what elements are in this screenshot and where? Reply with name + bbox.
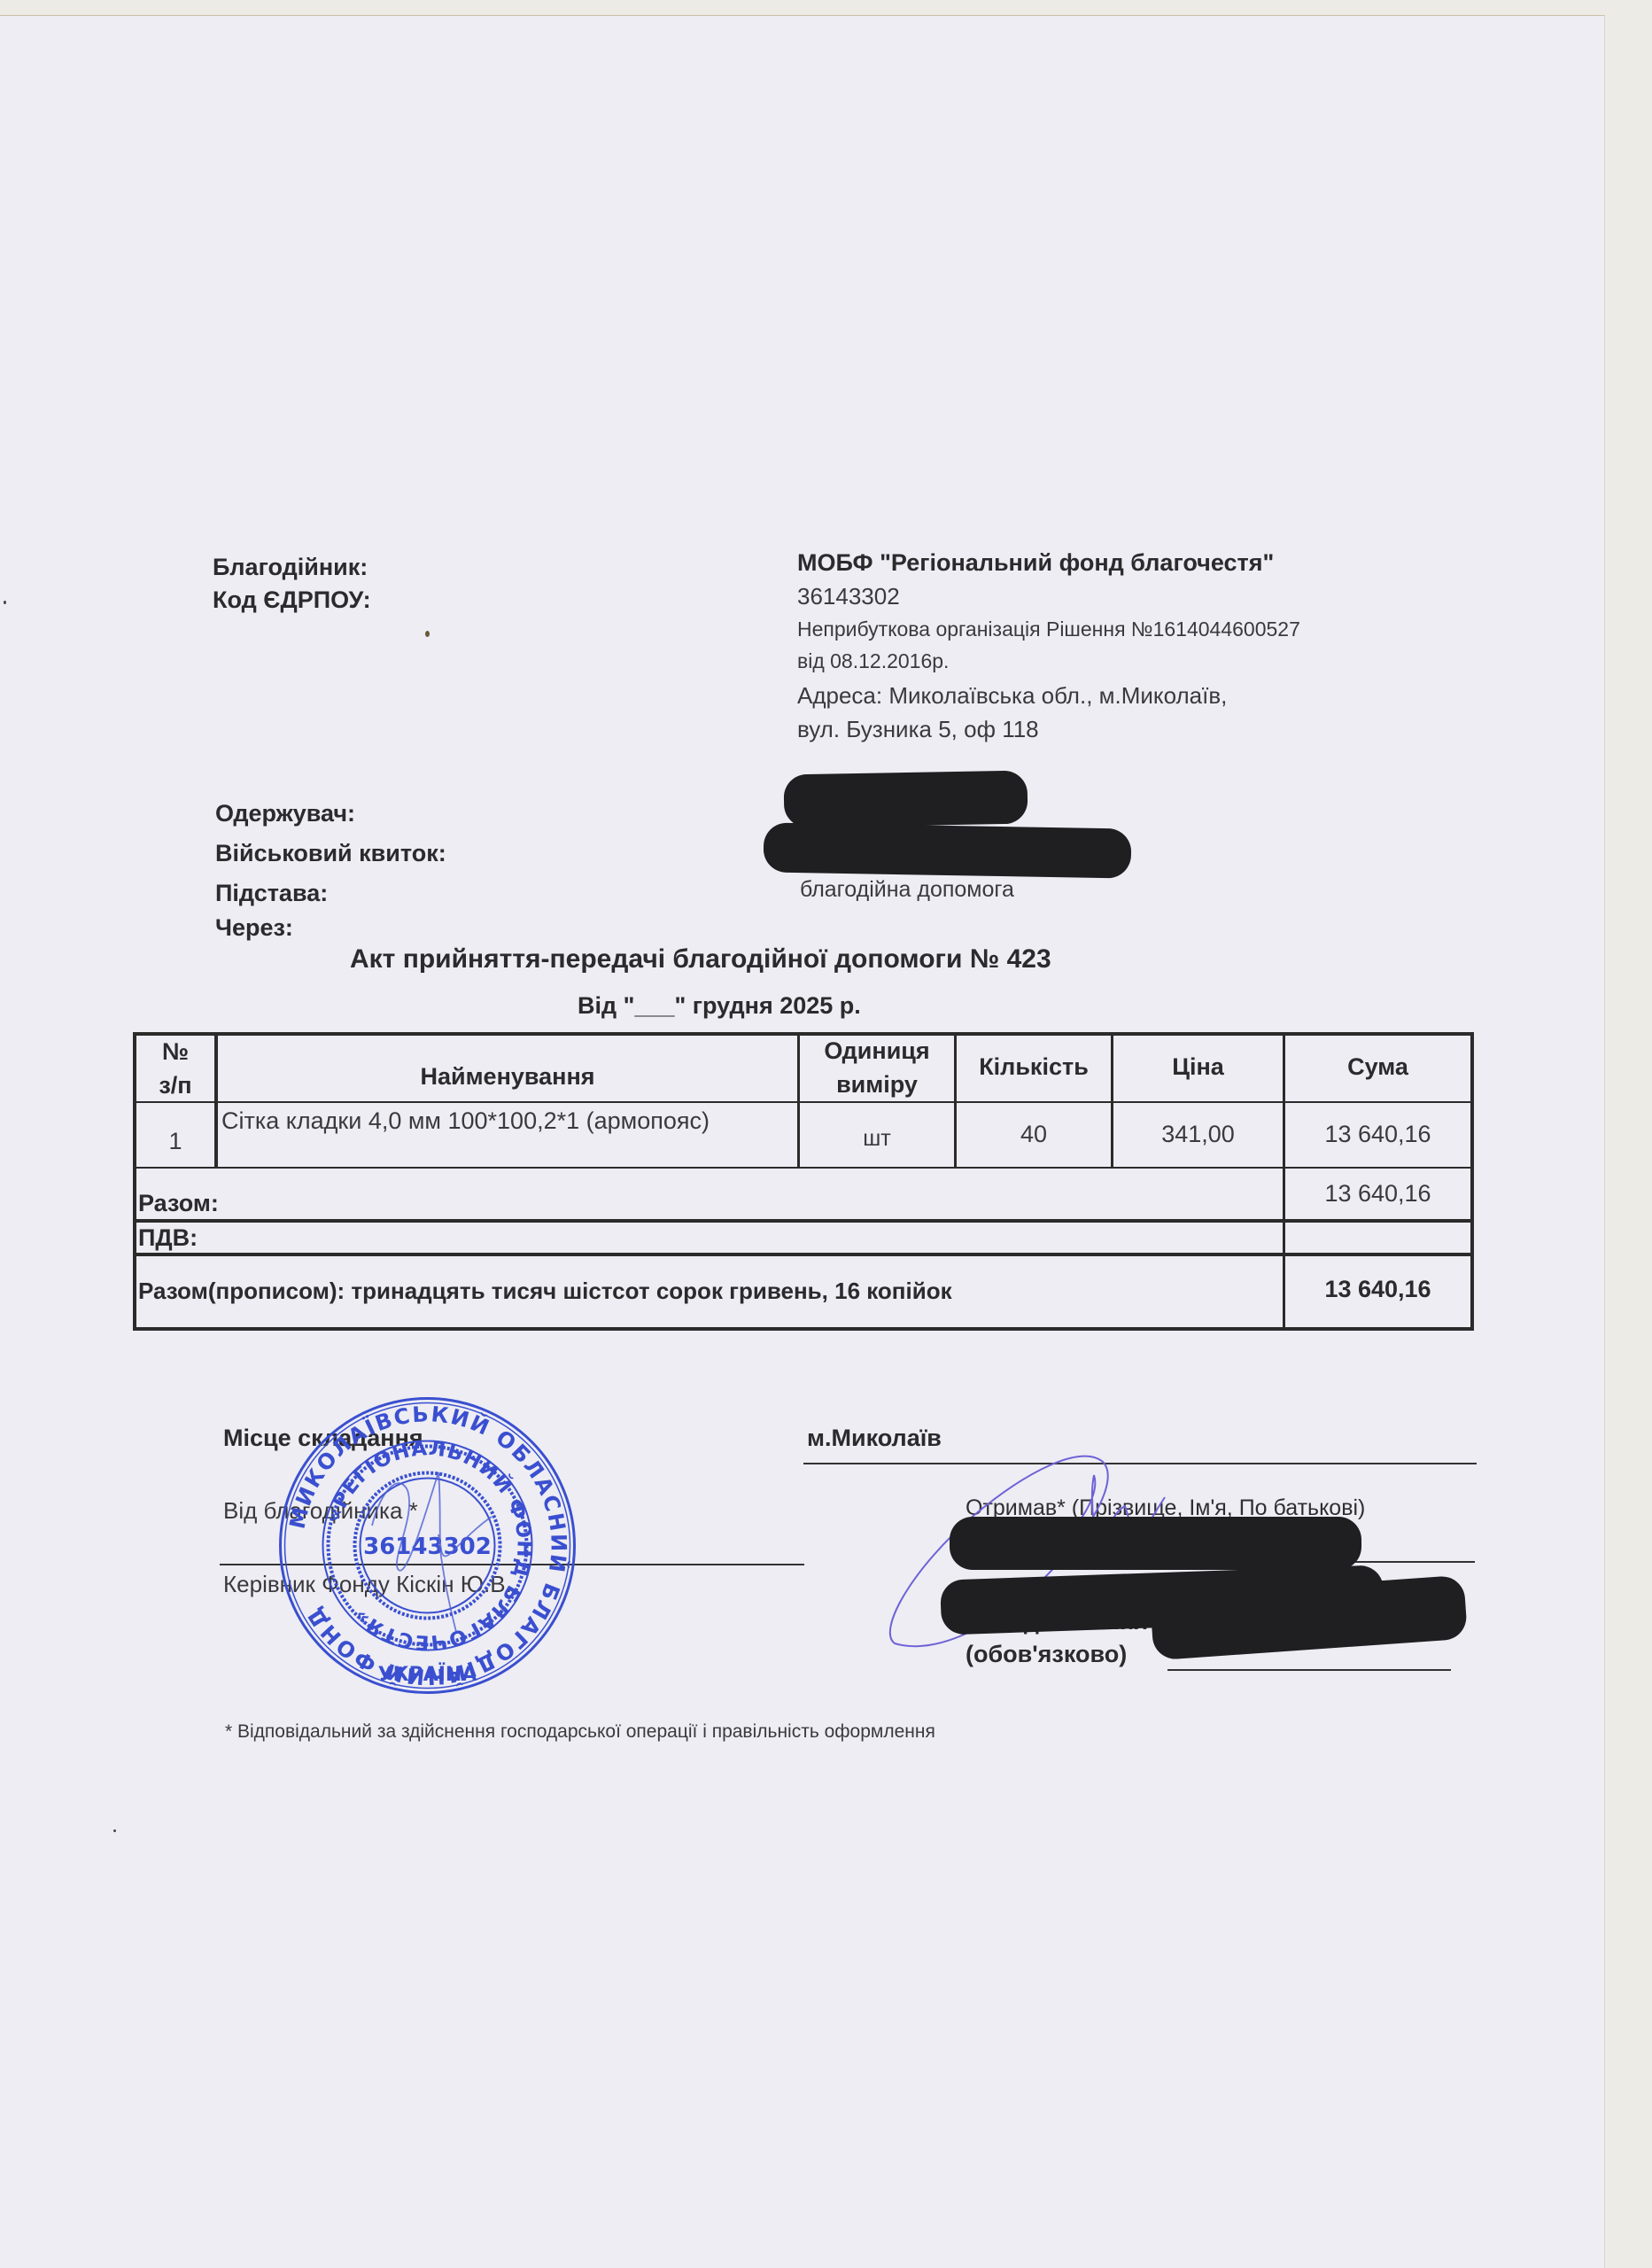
footnote: * Відповідальний за здійснення господарс… (225, 1721, 935, 1743)
table-row-divider (133, 1253, 1474, 1256)
decision-date: від 08.12.2016р. (797, 649, 949, 673)
col-header-unit-line1: Одиниця (824, 1034, 929, 1068)
address-line-2: вул. Бузника 5, оф 118 (797, 716, 1039, 743)
table-row-divider (133, 1219, 1474, 1223)
organization-stamp: МИКОЛАЇВСЬКИЙ ОБЛАСНИЙ БЛАГОДІЙНИЙ ФОНД … (275, 1393, 580, 1698)
redaction-recipient-name (783, 771, 1028, 828)
edrpou-value: 36143302 (797, 583, 900, 610)
total-in-words: Разом(прописом): тринадцять тисяч шістсо… (138, 1269, 952, 1313)
military-id-label: Військовий квиток: (215, 840, 446, 867)
via-label: Через: (215, 914, 293, 942)
nonprofit-line: Неприбуткова організація Рішення №161404… (797, 617, 1300, 641)
stamp-country: УКРАЇНА (378, 1663, 477, 1686)
col-header-unit: Одиниця виміру (800, 1034, 954, 1101)
table-row-divider (133, 1167, 1474, 1169)
edrpou-label: Код ЄДРПОУ: (213, 586, 371, 614)
recipient-label: Одержувач: (215, 800, 355, 827)
col-header-qty: Кількість (957, 1036, 1111, 1098)
col-header-sum: Сума (1285, 1036, 1470, 1098)
vat-value (1285, 1223, 1470, 1253)
address-line-1: Адреса: Миколаївська обл., м.Миколаїв, (797, 682, 1227, 710)
document-date: Від "___" грудня 2025 р. (578, 992, 861, 1020)
paper-speck (425, 631, 430, 637)
col-header-number-line1: № (162, 1035, 189, 1068)
table-row-divider (133, 1101, 1474, 1103)
row-sum: 13 640,16 (1285, 1107, 1470, 1161)
col-header-number-line2: з/п (159, 1068, 191, 1102)
subtotal-value: 13 640,16 (1285, 1171, 1470, 1216)
col-header-number: № з/п (136, 1036, 214, 1101)
col-header-unit-line2: виміру (836, 1068, 918, 1101)
donor-name: МОБФ "Регіональний фонд благочестя" (797, 549, 1274, 577)
stamp-code: 36143302 (363, 1534, 492, 1560)
row-number: 1 (136, 1115, 214, 1168)
row-unit: шт (800, 1112, 954, 1165)
document-title: Акт прийняття-передачі благодійної допом… (350, 944, 1051, 975)
col-header-price: Ціна (1113, 1036, 1283, 1098)
basis-label: Підстава: (215, 880, 328, 907)
vat-label: ПДВ: (138, 1223, 198, 1253)
paper-speck (4, 601, 6, 604)
paper-speck (113, 1829, 116, 1832)
total-value: 13 640,16 (1285, 1265, 1470, 1313)
basis-value: благодійна допомога (800, 877, 1014, 903)
row-price: 341,00 (1113, 1107, 1283, 1161)
position-line (1167, 1669, 1451, 1671)
row-qty: 40 (957, 1107, 1111, 1161)
subtotal-label: Разом: (138, 1187, 219, 1219)
col-header-name: Найменування (218, 1051, 797, 1101)
donor-label: Благодійник: (213, 554, 368, 581)
redaction-military-id (764, 822, 1132, 878)
redaction-recipient-fullname (950, 1517, 1361, 1570)
row-name: Сітка кладки 4,0 мм 100*100,2*1 (армопоя… (221, 1105, 797, 1137)
